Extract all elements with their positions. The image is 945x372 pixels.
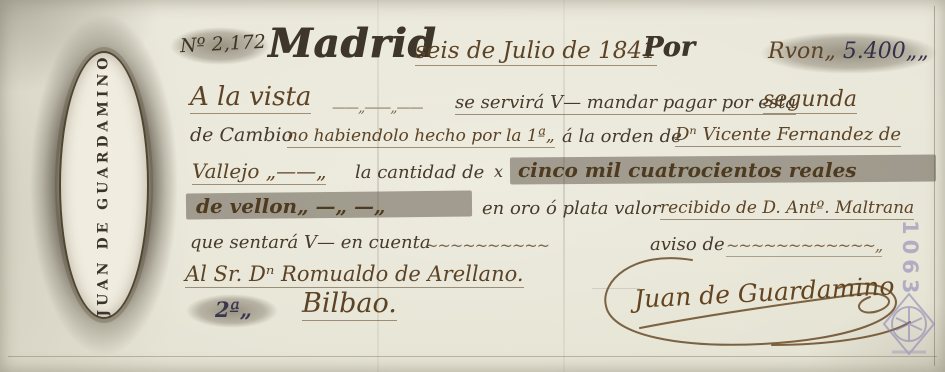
- amount-value: 5.400„„: [843, 39, 929, 64]
- line2-hand-payee: Dⁿ Vicente Fernandez de: [675, 124, 901, 147]
- line2-hand-clause: no habiendolo hecho por la 1ª„: [287, 126, 555, 148]
- line4-hand-received: recibido de D. Antº. Maltrana: [660, 198, 914, 220]
- line1-printed-text: se servirá V— mandar pagar por esta: [455, 92, 796, 115]
- line3-x-mark: x: [494, 162, 503, 181]
- line1-hand-segunda: segunda: [763, 87, 857, 114]
- drawee-city: Bilbao.: [302, 288, 397, 321]
- por-label: Por: [643, 32, 695, 63]
- line3-hand-vallejo: Vallejo „——„: [192, 159, 326, 185]
- line2-printed-de-cambio: de Cambio: [190, 124, 293, 146]
- line2-printed-orden: á la orden de: [562, 126, 682, 147]
- line1-hand-a-la-vista: A la vista: [190, 82, 311, 114]
- emblem-name: JUAN DE GUARDAMINO: [96, 54, 112, 317]
- line4-printed-oro-plata: en oro ó plata valor: [482, 198, 660, 219]
- line3-printed-cantidad: la cantidad de: [355, 162, 484, 183]
- line5-printed-cuenta: que sentará V— en cuenta: [190, 232, 431, 253]
- line1-filler: ——„——„——: [332, 100, 423, 116]
- document-number: Nº 2,172: [179, 31, 266, 57]
- second-copy-mark: 2ª„: [215, 297, 252, 322]
- fold-crease-bottom: [8, 356, 937, 357]
- amount-currency: Rvon„: [768, 39, 836, 64]
- signature-block: Juan de Guardamino: [592, 248, 922, 353]
- line3-hand-amount-words: cinco mil cuatrocientos reales: [518, 158, 857, 182]
- date-script: seis de Julio de 1841: [415, 38, 657, 66]
- drawee-name: Al Sr. Dⁿ Romualdo de Arellano.: [185, 262, 524, 288]
- bill-of-exchange-document: JUAN DE GUARDAMINO Nº 2,172 Madrid seis …: [0, 0, 945, 372]
- archive-number-stamp: 1063: [898, 220, 922, 298]
- signature-baseline: [592, 288, 640, 289]
- archive-seal-stamp: [878, 288, 940, 360]
- amount-script: Rvon„ 5.400„„: [768, 39, 929, 64]
- engraved-oval-emblem: JUAN DE GUARDAMINO: [30, 14, 178, 356]
- line5-filler-a: ~~~~~~~~~~: [425, 236, 549, 255]
- line4-hand-vellon: de vellon„ —„ —„: [196, 194, 386, 218]
- city-title: Madrid: [268, 20, 436, 67]
